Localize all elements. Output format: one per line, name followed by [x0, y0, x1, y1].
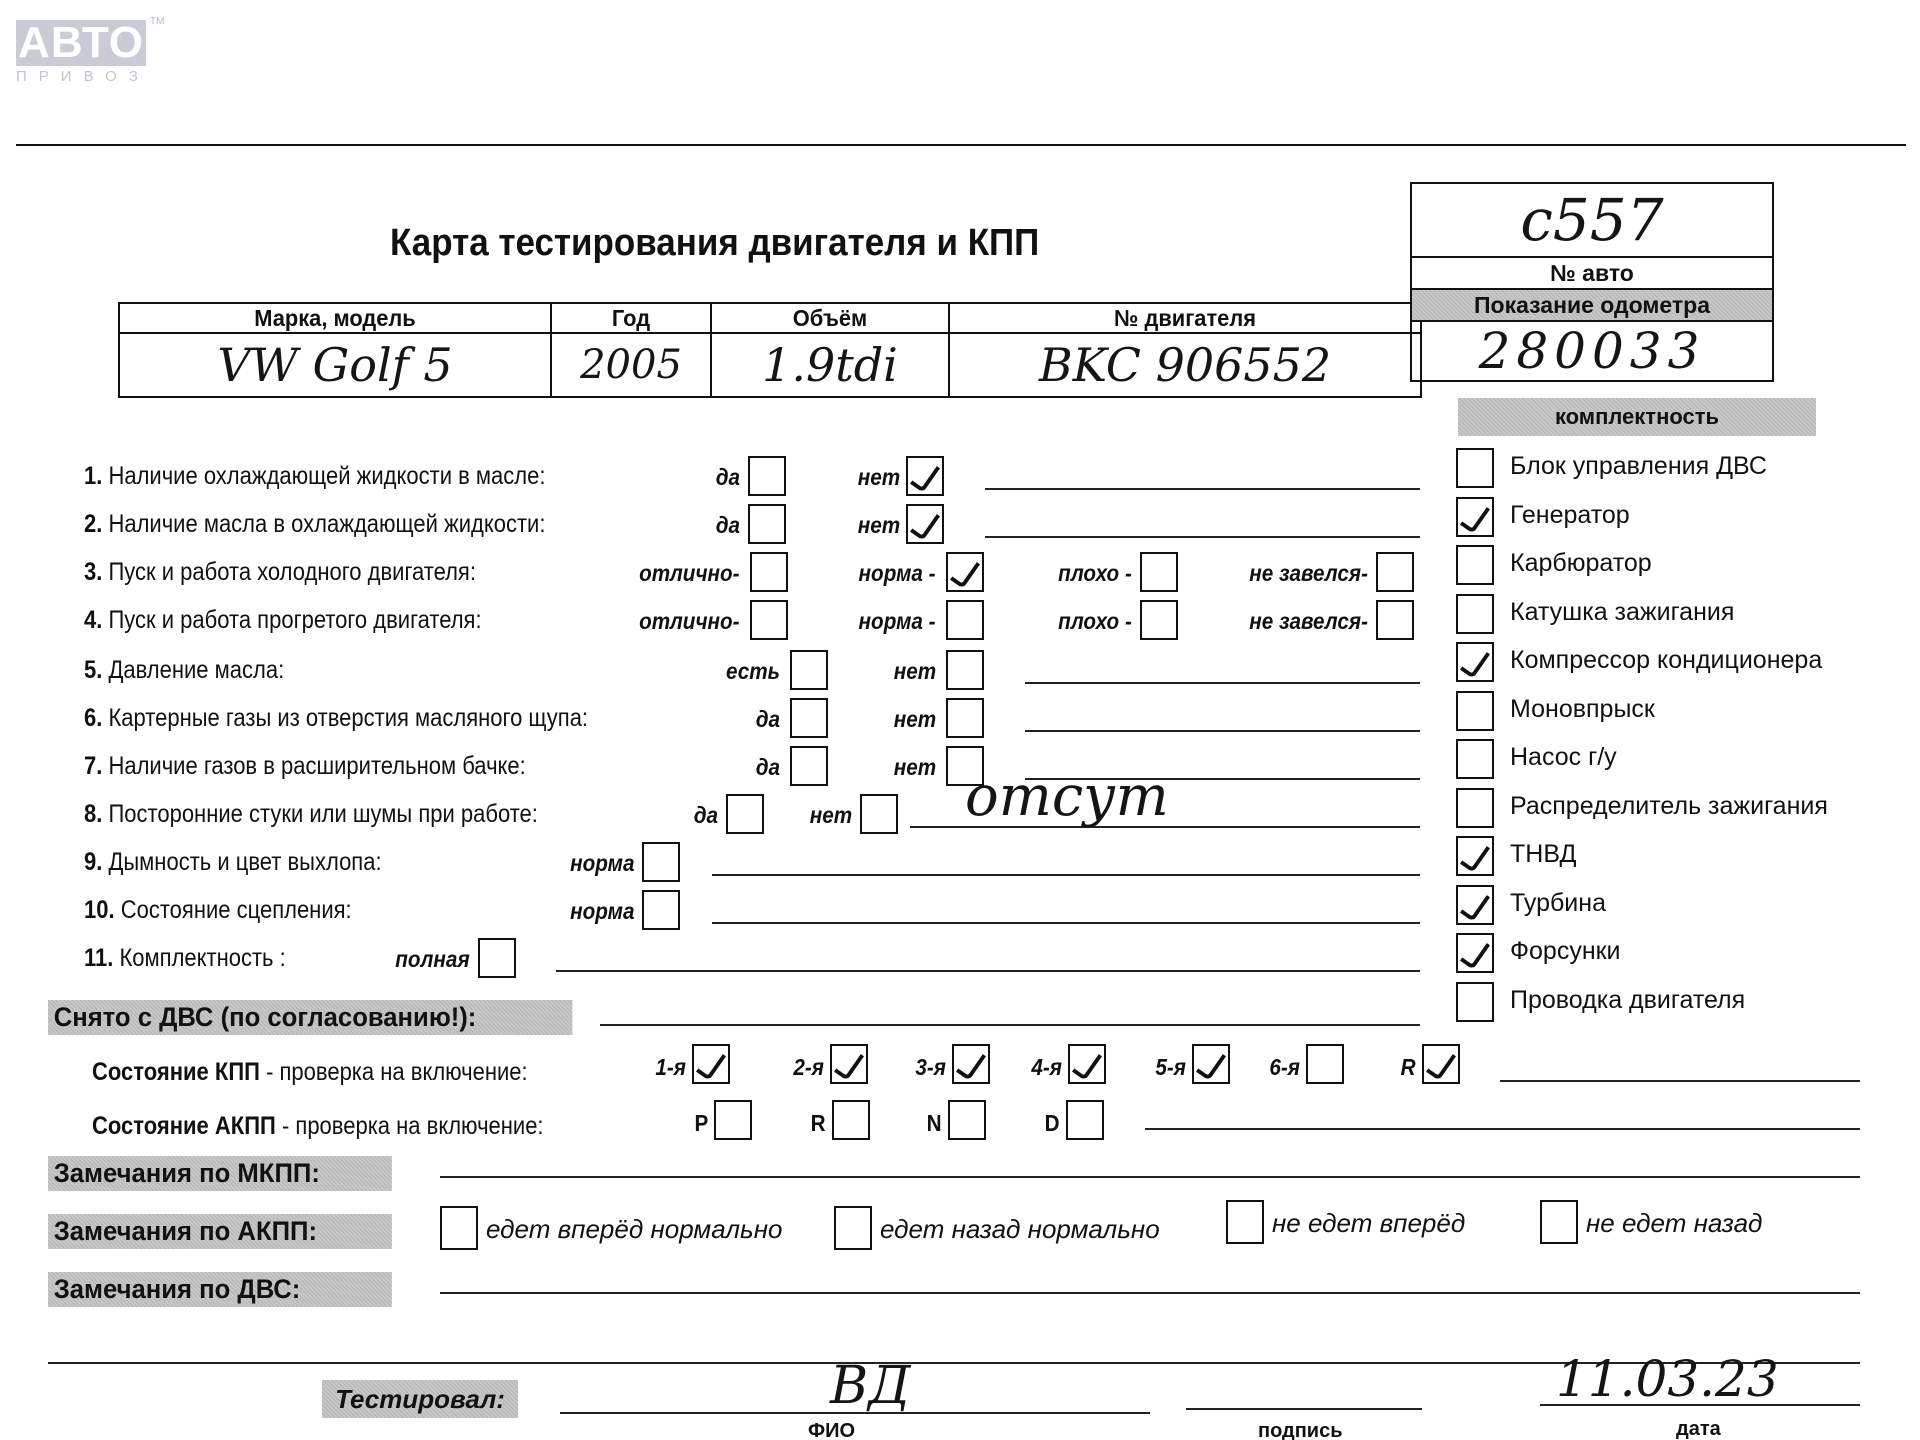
option-label: есть	[726, 658, 780, 685]
option-checkbox[interactable]	[790, 698, 828, 738]
removed-from-engine-line[interactable]	[600, 1024, 1420, 1026]
komplektnost-heading: комплектность	[1458, 398, 1816, 436]
gear-label: 6-я	[1269, 1054, 1300, 1081]
option-checkbox[interactable]	[946, 650, 984, 690]
tester-name-line	[560, 1412, 1150, 1414]
komplektnost-item-label: Блок управления ДВС	[1510, 452, 1767, 481]
akpp-remark-label: не едет назад	[1586, 1208, 1762, 1239]
removed-from-engine-label: Снято с ДВС (по согласованию!):	[48, 1000, 572, 1035]
tester-name-field[interactable]: BД	[830, 1356, 911, 1416]
akpp-position-label: R	[811, 1110, 826, 1137]
komplektnost-checkbox[interactable]	[1456, 982, 1494, 1022]
option-checkbox[interactable]	[1140, 552, 1178, 592]
option-label: отлично-	[640, 608, 740, 635]
option-label: нет	[810, 802, 852, 829]
date-field[interactable]: 11.03.23	[1556, 1350, 1779, 1408]
engine-remarks-line[interactable]	[440, 1292, 1860, 1294]
checklist-note-line[interactable]	[1025, 682, 1420, 684]
gear-checkbox[interactable]	[1306, 1044, 1344, 1084]
option-label: да	[756, 706, 780, 733]
akpp-remarks-label: Замечания по АКПП:	[48, 1214, 392, 1249]
akpp-label: Состояние АКПП - проверка на включение:	[92, 1112, 544, 1141]
gear-checkbox[interactable]	[1192, 1044, 1230, 1084]
checklist-note[interactable]: отсут	[965, 764, 1169, 829]
checklist-note-line[interactable]	[712, 922, 1420, 924]
engine-number-field[interactable]: BKC 906552	[949, 333, 1421, 397]
akpp-position-checkbox[interactable]	[832, 1100, 870, 1140]
option-checkbox[interactable]	[1376, 600, 1414, 640]
checklist-note-line[interactable]	[985, 536, 1420, 538]
checklist-note-line[interactable]	[985, 488, 1420, 490]
komplektnost-item-label: Насос г/у	[1510, 743, 1617, 772]
kpp-label: Состояние КПП - проверка на включение:	[92, 1058, 528, 1087]
akpp-remark-checkbox[interactable]	[1540, 1200, 1578, 1244]
gear-label: 2-я	[793, 1054, 824, 1081]
gear-checkbox[interactable]	[830, 1044, 868, 1084]
option-checkbox[interactable]	[726, 794, 764, 834]
make-model-header: Марка, модель	[119, 303, 551, 333]
mkpp-remarks-label: Замечания по МКПП:	[48, 1156, 392, 1191]
option-checkbox[interactable]	[1140, 600, 1178, 640]
date-line	[1540, 1404, 1860, 1406]
engine-remarks-label: Замечания по ДВС:	[48, 1272, 392, 1307]
checklist-question: 5. Давление масла:	[84, 656, 284, 685]
signature-caption: подпись	[1258, 1420, 1343, 1440]
checklist-question: 4. Пуск и работа прогретого двигателя:	[84, 606, 482, 635]
odometer-field[interactable]: 280033	[1412, 322, 1772, 380]
volume-field[interactable]: 1.9tdi	[711, 333, 949, 397]
gear-checkbox[interactable]	[1422, 1044, 1460, 1084]
checklist-question: 11. Комплектность :	[84, 944, 286, 973]
option-checkbox[interactable]	[946, 552, 984, 592]
option-label: нет	[894, 706, 936, 733]
option-checkbox[interactable]	[946, 600, 984, 640]
akpp-position-checkbox[interactable]	[1066, 1100, 1104, 1140]
checklist-note-line[interactable]	[556, 970, 1420, 972]
komplektnost-checkbox[interactable]	[1456, 691, 1494, 731]
gear-label: 1-я	[655, 1054, 686, 1081]
akpp-position-label: P	[694, 1110, 708, 1137]
checklist-note-line[interactable]	[1025, 730, 1420, 732]
komplektnost-checkbox[interactable]	[1456, 497, 1494, 537]
signature-line[interactable]	[1186, 1408, 1422, 1410]
komplektnost-item-label: Моновпрыск	[1510, 695, 1655, 724]
option-label: нет	[894, 658, 936, 685]
komplektnost-item-label: Катушка зажигания	[1510, 598, 1734, 627]
option-label: плохо -	[1058, 560, 1132, 587]
checklist-note-line[interactable]	[712, 874, 1420, 876]
option-label: да	[694, 802, 718, 829]
option-label: нет	[858, 464, 900, 491]
make-model-field[interactable]: VW Golf 5	[119, 333, 551, 397]
checklist-question: 8. Посторонние стуки или шумы при работе…	[84, 800, 538, 829]
akpp-remark-checkbox[interactable]	[1226, 1200, 1264, 1244]
komplektnost-checkbox[interactable]	[1456, 545, 1494, 585]
option-label: да	[756, 754, 780, 781]
year-header: Год	[551, 303, 711, 333]
akpp-remark-label: едет вперёд нормально	[486, 1214, 782, 1245]
volume-header: Объём	[711, 303, 949, 333]
option-label: отлично-	[640, 560, 740, 587]
option-checkbox[interactable]	[1376, 552, 1414, 592]
option-checkbox[interactable]	[748, 456, 786, 496]
option-checkbox[interactable]	[750, 600, 788, 640]
option-checkbox[interactable]	[750, 552, 788, 592]
option-checkbox[interactable]	[748, 504, 786, 544]
komplektnost-item-label: Генератор	[1510, 501, 1630, 530]
komplektnost-item-label: Проводка двигателя	[1510, 986, 1745, 1015]
option-label: плохо -	[1058, 608, 1132, 635]
option-label: да	[716, 512, 740, 539]
mkpp-remarks-line[interactable]	[440, 1176, 1860, 1178]
option-label: норма	[570, 850, 634, 877]
gear-checkbox[interactable]	[692, 1044, 730, 1084]
komplektnost-checkbox[interactable]	[1456, 594, 1494, 634]
gear-label: 5-я	[1155, 1054, 1186, 1081]
kpp-notes-line[interactable]	[1500, 1080, 1860, 1082]
gear-label: 4-я	[1031, 1054, 1062, 1081]
komplektnost-item-label: Компрессор кондиционера	[1510, 646, 1822, 675]
year-field[interactable]: 2005	[551, 333, 711, 397]
vehicle-number-box: c557 № авто Показание одометра 280033	[1410, 182, 1774, 382]
akpp-notes-line[interactable]	[1145, 1128, 1860, 1130]
komplektnost-item-label: Распределитель зажигания	[1510, 792, 1828, 821]
option-checkbox[interactable]	[642, 842, 680, 882]
brand-subtitle: ПРИВОЗ	[16, 68, 150, 85]
gear-label: 3-я	[915, 1054, 946, 1081]
option-checkbox[interactable]	[790, 650, 828, 690]
akpp-remark-checkbox[interactable]	[440, 1206, 478, 1250]
option-checkbox[interactable]	[906, 456, 944, 496]
akpp-remark-label: едет назад нормально	[880, 1214, 1160, 1245]
akpp-position-label: N	[927, 1110, 942, 1137]
car-number-label: № авто	[1412, 258, 1772, 290]
name-caption: ФИО	[808, 1420, 855, 1440]
gear-checkbox[interactable]	[952, 1044, 990, 1084]
checklist-question: 2. Наличие масла в охлаждающей жидкости:	[84, 510, 545, 539]
vehicle-info-table: Марка, модель Год Объём № двигателя VW G…	[118, 302, 1422, 398]
brand-logo: АВТО	[16, 20, 146, 66]
komplektnost-checkbox[interactable]	[1456, 642, 1494, 682]
akpp-remark-checkbox[interactable]	[834, 1206, 872, 1250]
akpp-position-checkbox[interactable]	[714, 1100, 752, 1140]
komplektnost-checkbox[interactable]	[1456, 836, 1494, 876]
checklist-question: 9. Дымность и цвет выхлопа:	[84, 848, 382, 877]
option-checkbox[interactable]	[860, 794, 898, 834]
checklist-question: 7. Наличие газов в расширительном бачке:	[84, 752, 526, 781]
option-checkbox[interactable]	[790, 746, 828, 786]
option-checkbox[interactable]	[642, 890, 680, 930]
option-label: норма -	[859, 560, 936, 587]
akpp-remark-label: не едет вперёд	[1272, 1208, 1465, 1239]
checklist-question: 10. Состояние сцепления:	[84, 896, 352, 925]
komplektnost-item-label: ТНВД	[1510, 840, 1576, 869]
komplektnost-item-label: Карбюратор	[1510, 549, 1652, 578]
komplektnost-checkbox[interactable]	[1456, 933, 1494, 973]
akpp-position-label: D	[1045, 1110, 1060, 1137]
gear-label: R	[1401, 1054, 1416, 1081]
option-label: не завелся-	[1249, 560, 1368, 587]
top-divider	[16, 144, 1906, 146]
tested-by-label: Тестировал:	[322, 1380, 518, 1418]
komplektnost-item-label: Форсунки	[1510, 937, 1621, 966]
checklist-question: 6. Картерные газы из отверстия масляного…	[84, 704, 588, 733]
option-label: да	[716, 464, 740, 491]
option-label: полная	[396, 946, 470, 973]
engine-number-header: № двигателя	[949, 303, 1421, 333]
option-label: норма -	[859, 608, 936, 635]
checklist-question: 1. Наличие охлаждающей жидкости в масле:	[84, 462, 545, 491]
document-title: Карта тестирования двигателя и КПП	[390, 222, 1039, 265]
option-label: нет	[894, 754, 936, 781]
komplektnost-checkbox[interactable]	[1456, 739, 1494, 779]
checklist-question: 3. Пуск и работа холодного двигателя:	[84, 558, 476, 587]
komplektnost-item-label: Турбина	[1510, 889, 1606, 918]
option-checkbox[interactable]	[946, 698, 984, 738]
car-number-field[interactable]: c557	[1412, 184, 1772, 258]
trademark-mark: TM	[150, 16, 164, 27]
option-label: норма	[570, 898, 634, 925]
odometer-label: Показание одометра	[1412, 290, 1772, 322]
komplektnost-checkbox[interactable]	[1456, 788, 1494, 828]
komplektnost-checkbox[interactable]	[1456, 448, 1494, 488]
date-caption: дата	[1676, 1418, 1721, 1440]
akpp-position-checkbox[interactable]	[948, 1100, 986, 1140]
option-label: нет	[858, 512, 900, 539]
option-checkbox[interactable]	[478, 938, 516, 978]
komplektnost-checkbox[interactable]	[1456, 885, 1494, 925]
option-label: не завелся-	[1249, 608, 1368, 635]
option-checkbox[interactable]	[906, 504, 944, 544]
gear-checkbox[interactable]	[1068, 1044, 1106, 1084]
